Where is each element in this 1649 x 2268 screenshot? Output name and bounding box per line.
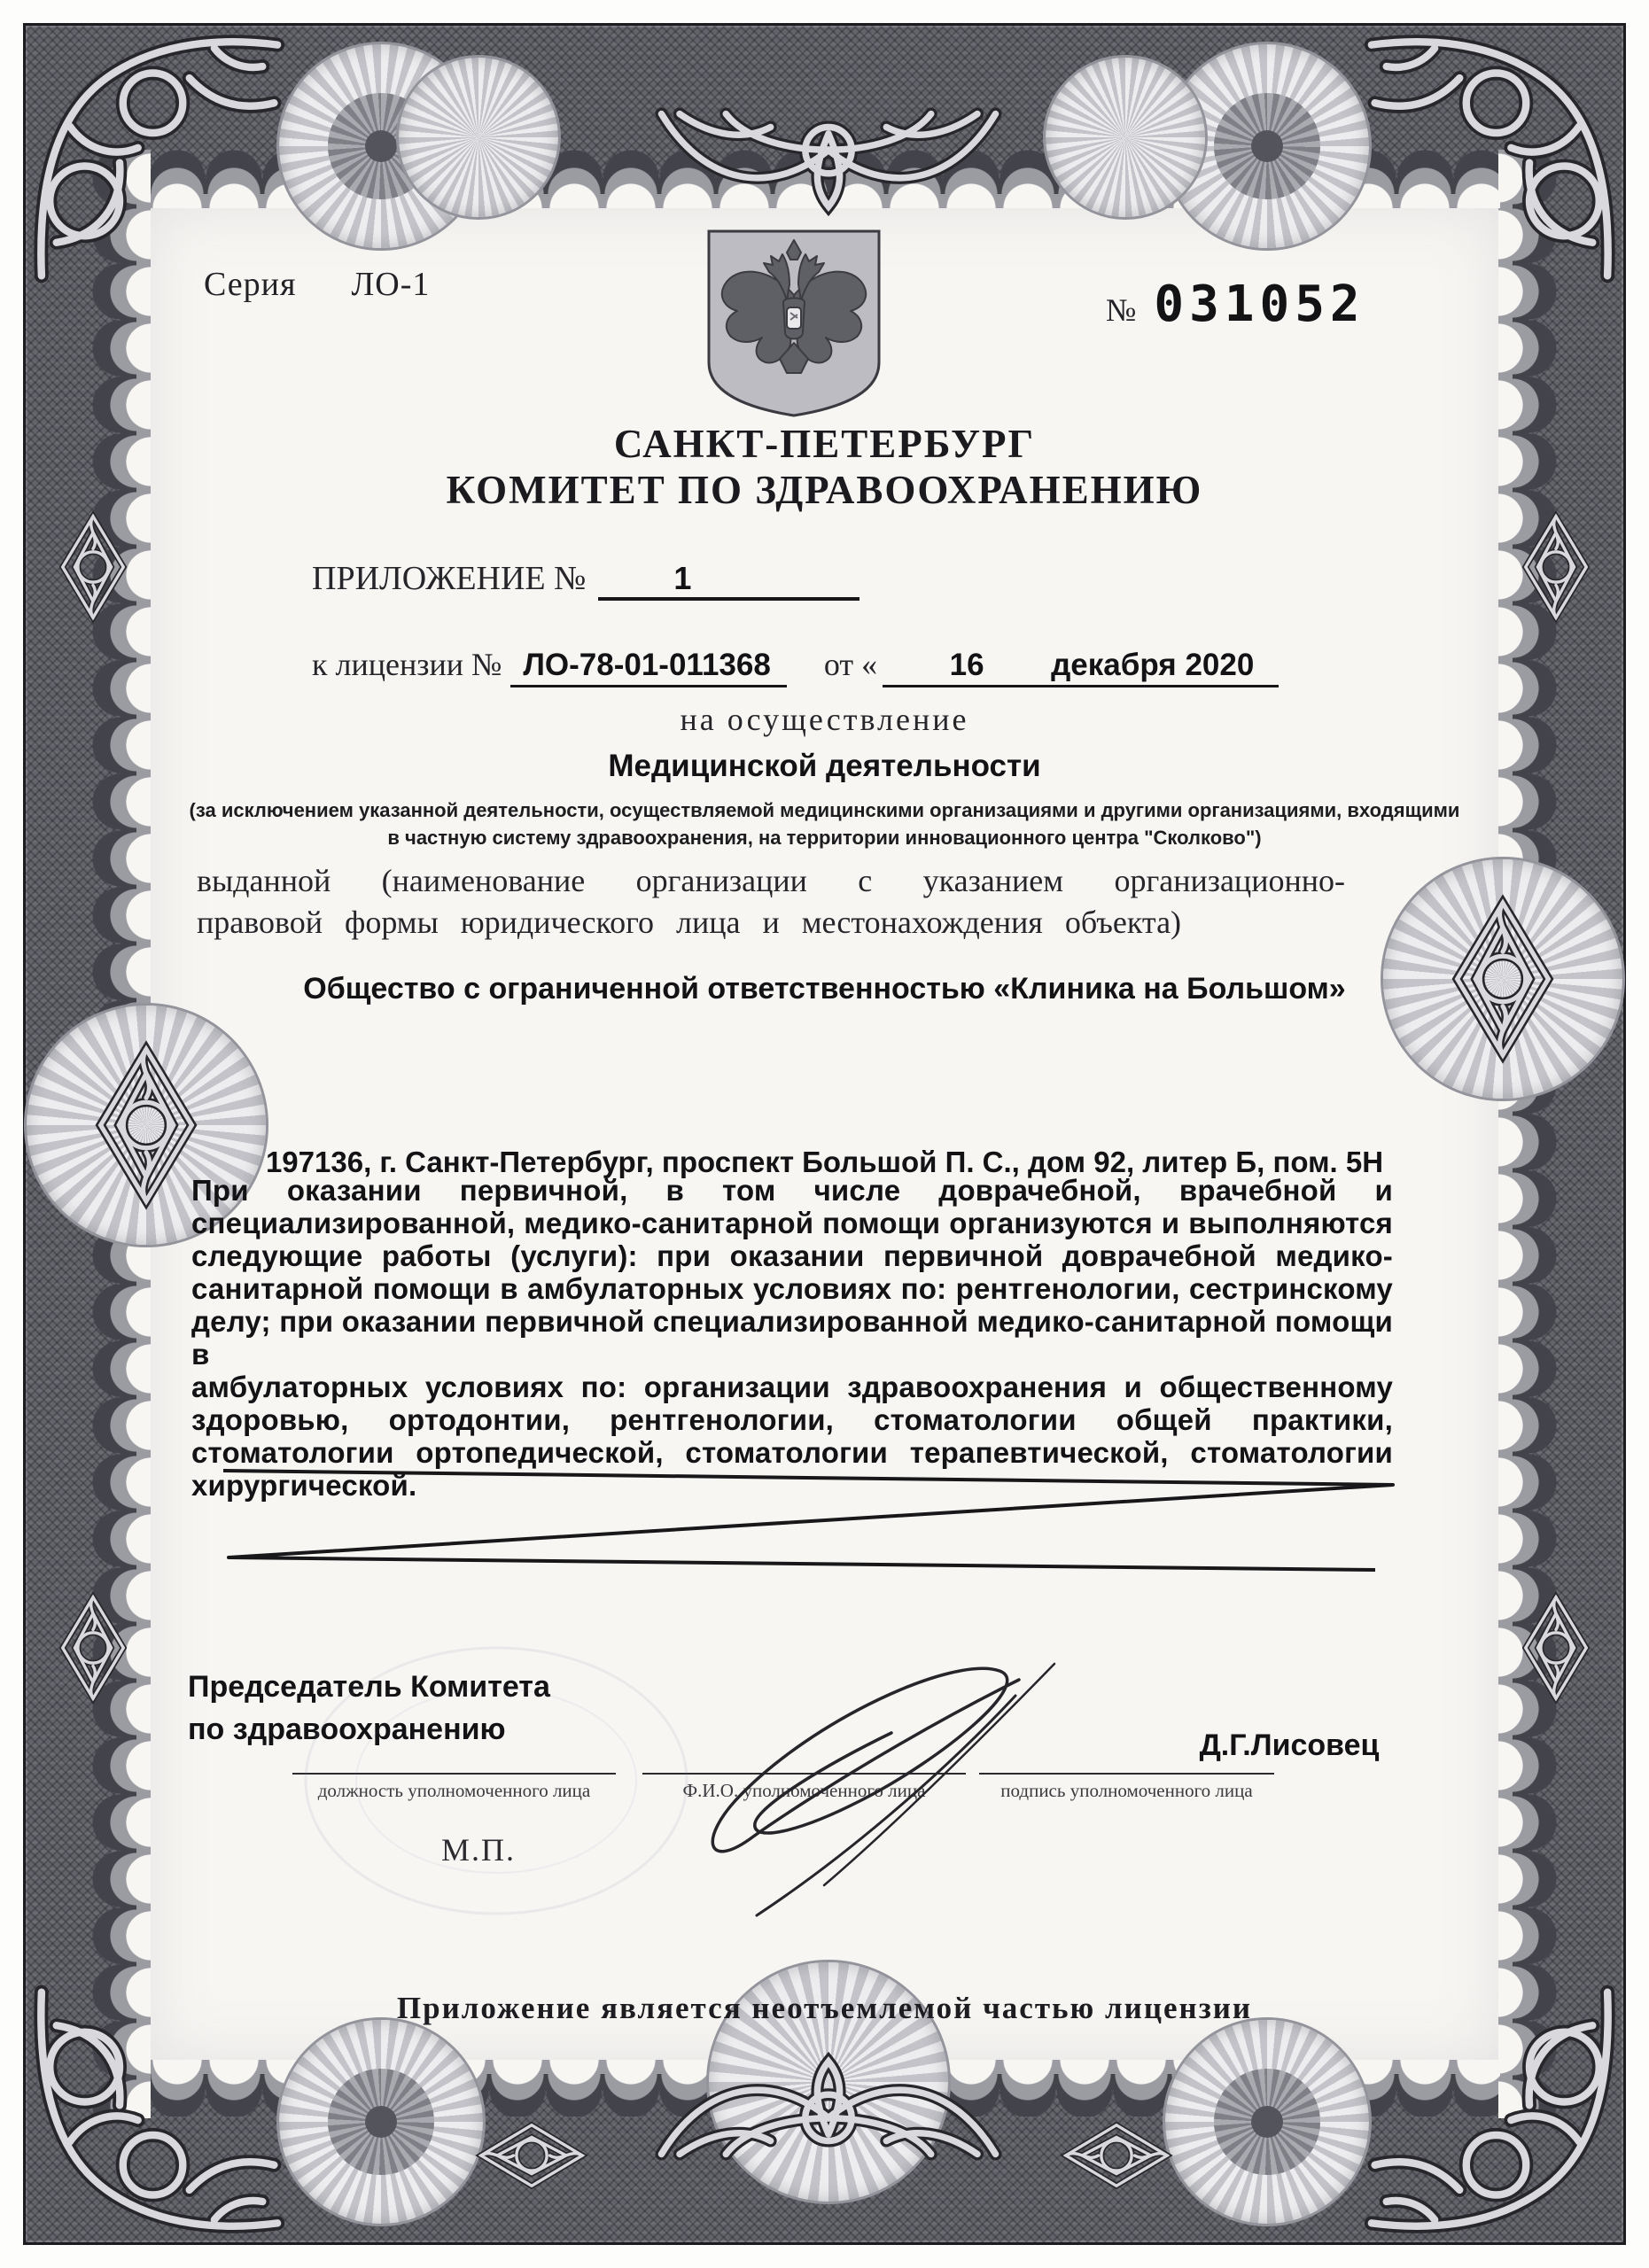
activity-exception: (за исключением указанной деятельности, …	[168, 796, 1481, 851]
authority-city: САНКТ-ПЕТЕРБУРГ	[151, 421, 1498, 467]
licensed-works-paragraph: При оказании первичной, в том числе довр…	[191, 1174, 1393, 1502]
series-row: СерияЛО-1	[204, 265, 430, 304]
date-field: 16 декабря 2020	[883, 648, 1279, 687]
activity-name: Медицинской деятельности	[151, 749, 1498, 784]
issued-to-caption: выданной (наименование организации с ука…	[197, 860, 1345, 944]
footer-note: Приложение является неотъемлемой частью …	[151, 1991, 1498, 2026]
license-appendix-page: СерияЛО-1 № 031052	[0, 0, 1649, 2268]
issued-line: выданной (наименование организации с ука…	[197, 860, 1345, 902]
series-label: Серия	[204, 266, 297, 303]
exception-line: в частную систему здравоохранения, на те…	[168, 824, 1481, 851]
rosette-icon	[399, 58, 558, 217]
caption-signature: подпись уполномоченного лица	[979, 1773, 1274, 1802]
diamond-knot-icon	[1059, 2120, 1174, 2191]
works-line: здоровью, ортодонтии, рентгенологии, сто…	[191, 1403, 1393, 1436]
diamond-knot-icon	[58, 1590, 128, 1705]
issuing-authority: САНКТ-ПЕТЕРБУРГ КОМИТЕТ ПО ЗДРАВООХРАНЕН…	[151, 421, 1498, 513]
caption-position: должность уполномоченного лица	[292, 1773, 616, 1802]
diamond-knot-icon	[1521, 1590, 1591, 1705]
signer-position-line1: Председатель Комитета	[188, 1666, 550, 1708]
works-line: стоматологии ортопедической, стоматологи…	[191, 1436, 1393, 1469]
signer-position: Председатель Комитета по здравоохранению	[188, 1666, 550, 1751]
date-day: 16	[883, 648, 1051, 683]
date-month-year: декабря 2020	[1051, 648, 1279, 683]
blank-number: 031052	[1154, 276, 1365, 333]
top-knot-icon	[642, 96, 1015, 220]
signature-captions-row: должность уполномоченного лица Ф.И.О. уп…	[292, 1773, 1425, 1802]
issued-line: правовой формы юридического лица и место…	[197, 902, 1345, 944]
license-label: к лицензии №	[312, 646, 502, 683]
exception-line: (за исключением указанной деятельности, …	[168, 796, 1481, 824]
for-label: на осуществление	[151, 701, 1498, 738]
appendix-row: ПРИЛОЖЕНИЕ №1	[312, 559, 860, 601]
appendix-label: ПРИЛОЖЕНИЕ №	[312, 560, 586, 597]
coat-of-arms-icon	[702, 226, 886, 423]
works-line: При оказании первичной, в том числе довр…	[191, 1174, 1393, 1207]
works-line: санитарной помощи в амбулаторных условия…	[191, 1272, 1393, 1305]
license-row: к лицензии № ЛО-78-01-011368 от « 16 дек…	[312, 646, 1279, 687]
appendix-number-field: 1	[598, 560, 860, 601]
signer-name: Д.Г.Лисовец	[1156, 1728, 1422, 1763]
rosette-icon	[1046, 58, 1205, 217]
works-line: делу; при оказании первичной специализир…	[191, 1305, 1393, 1371]
works-line: следующие работы (услуги): при оказании …	[191, 1239, 1393, 1272]
works-line: амбулаторных условиях по: организации зд…	[191, 1371, 1393, 1403]
diamond-knot-icon	[58, 509, 128, 625]
works-line: хирургической.	[191, 1469, 1393, 1502]
series-value: ЛО-1	[352, 266, 431, 303]
diamond-knot-icon	[1521, 509, 1591, 625]
signer-position-line2: по здравоохранению	[188, 1708, 550, 1751]
authority-name: КОМИТЕТ ПО ЗДРАВООХРАНЕНИЮ	[151, 467, 1498, 513]
date-label: от «	[824, 646, 877, 683]
blank-number-row: № 031052	[1106, 276, 1365, 333]
caption-name: Ф.И.О. уполномоченного лица	[642, 1773, 966, 1802]
license-number-field: ЛО-78-01-011368	[510, 648, 786, 687]
works-line: специализированной, медико-санитарной по…	[191, 1207, 1393, 1239]
diamond-knot-icon	[474, 2120, 589, 2191]
organization-name: Общество с ограниченной ответственностью…	[151, 972, 1498, 1006]
border-scallop-right	[1498, 150, 1523, 2118]
document-content: СерияЛО-1 № 031052	[151, 208, 1498, 2060]
number-sign: №	[1106, 291, 1136, 329]
stamp-place-mark: М.П.	[441, 1831, 516, 1868]
bottom-knot-icon	[642, 2048, 1015, 2172]
